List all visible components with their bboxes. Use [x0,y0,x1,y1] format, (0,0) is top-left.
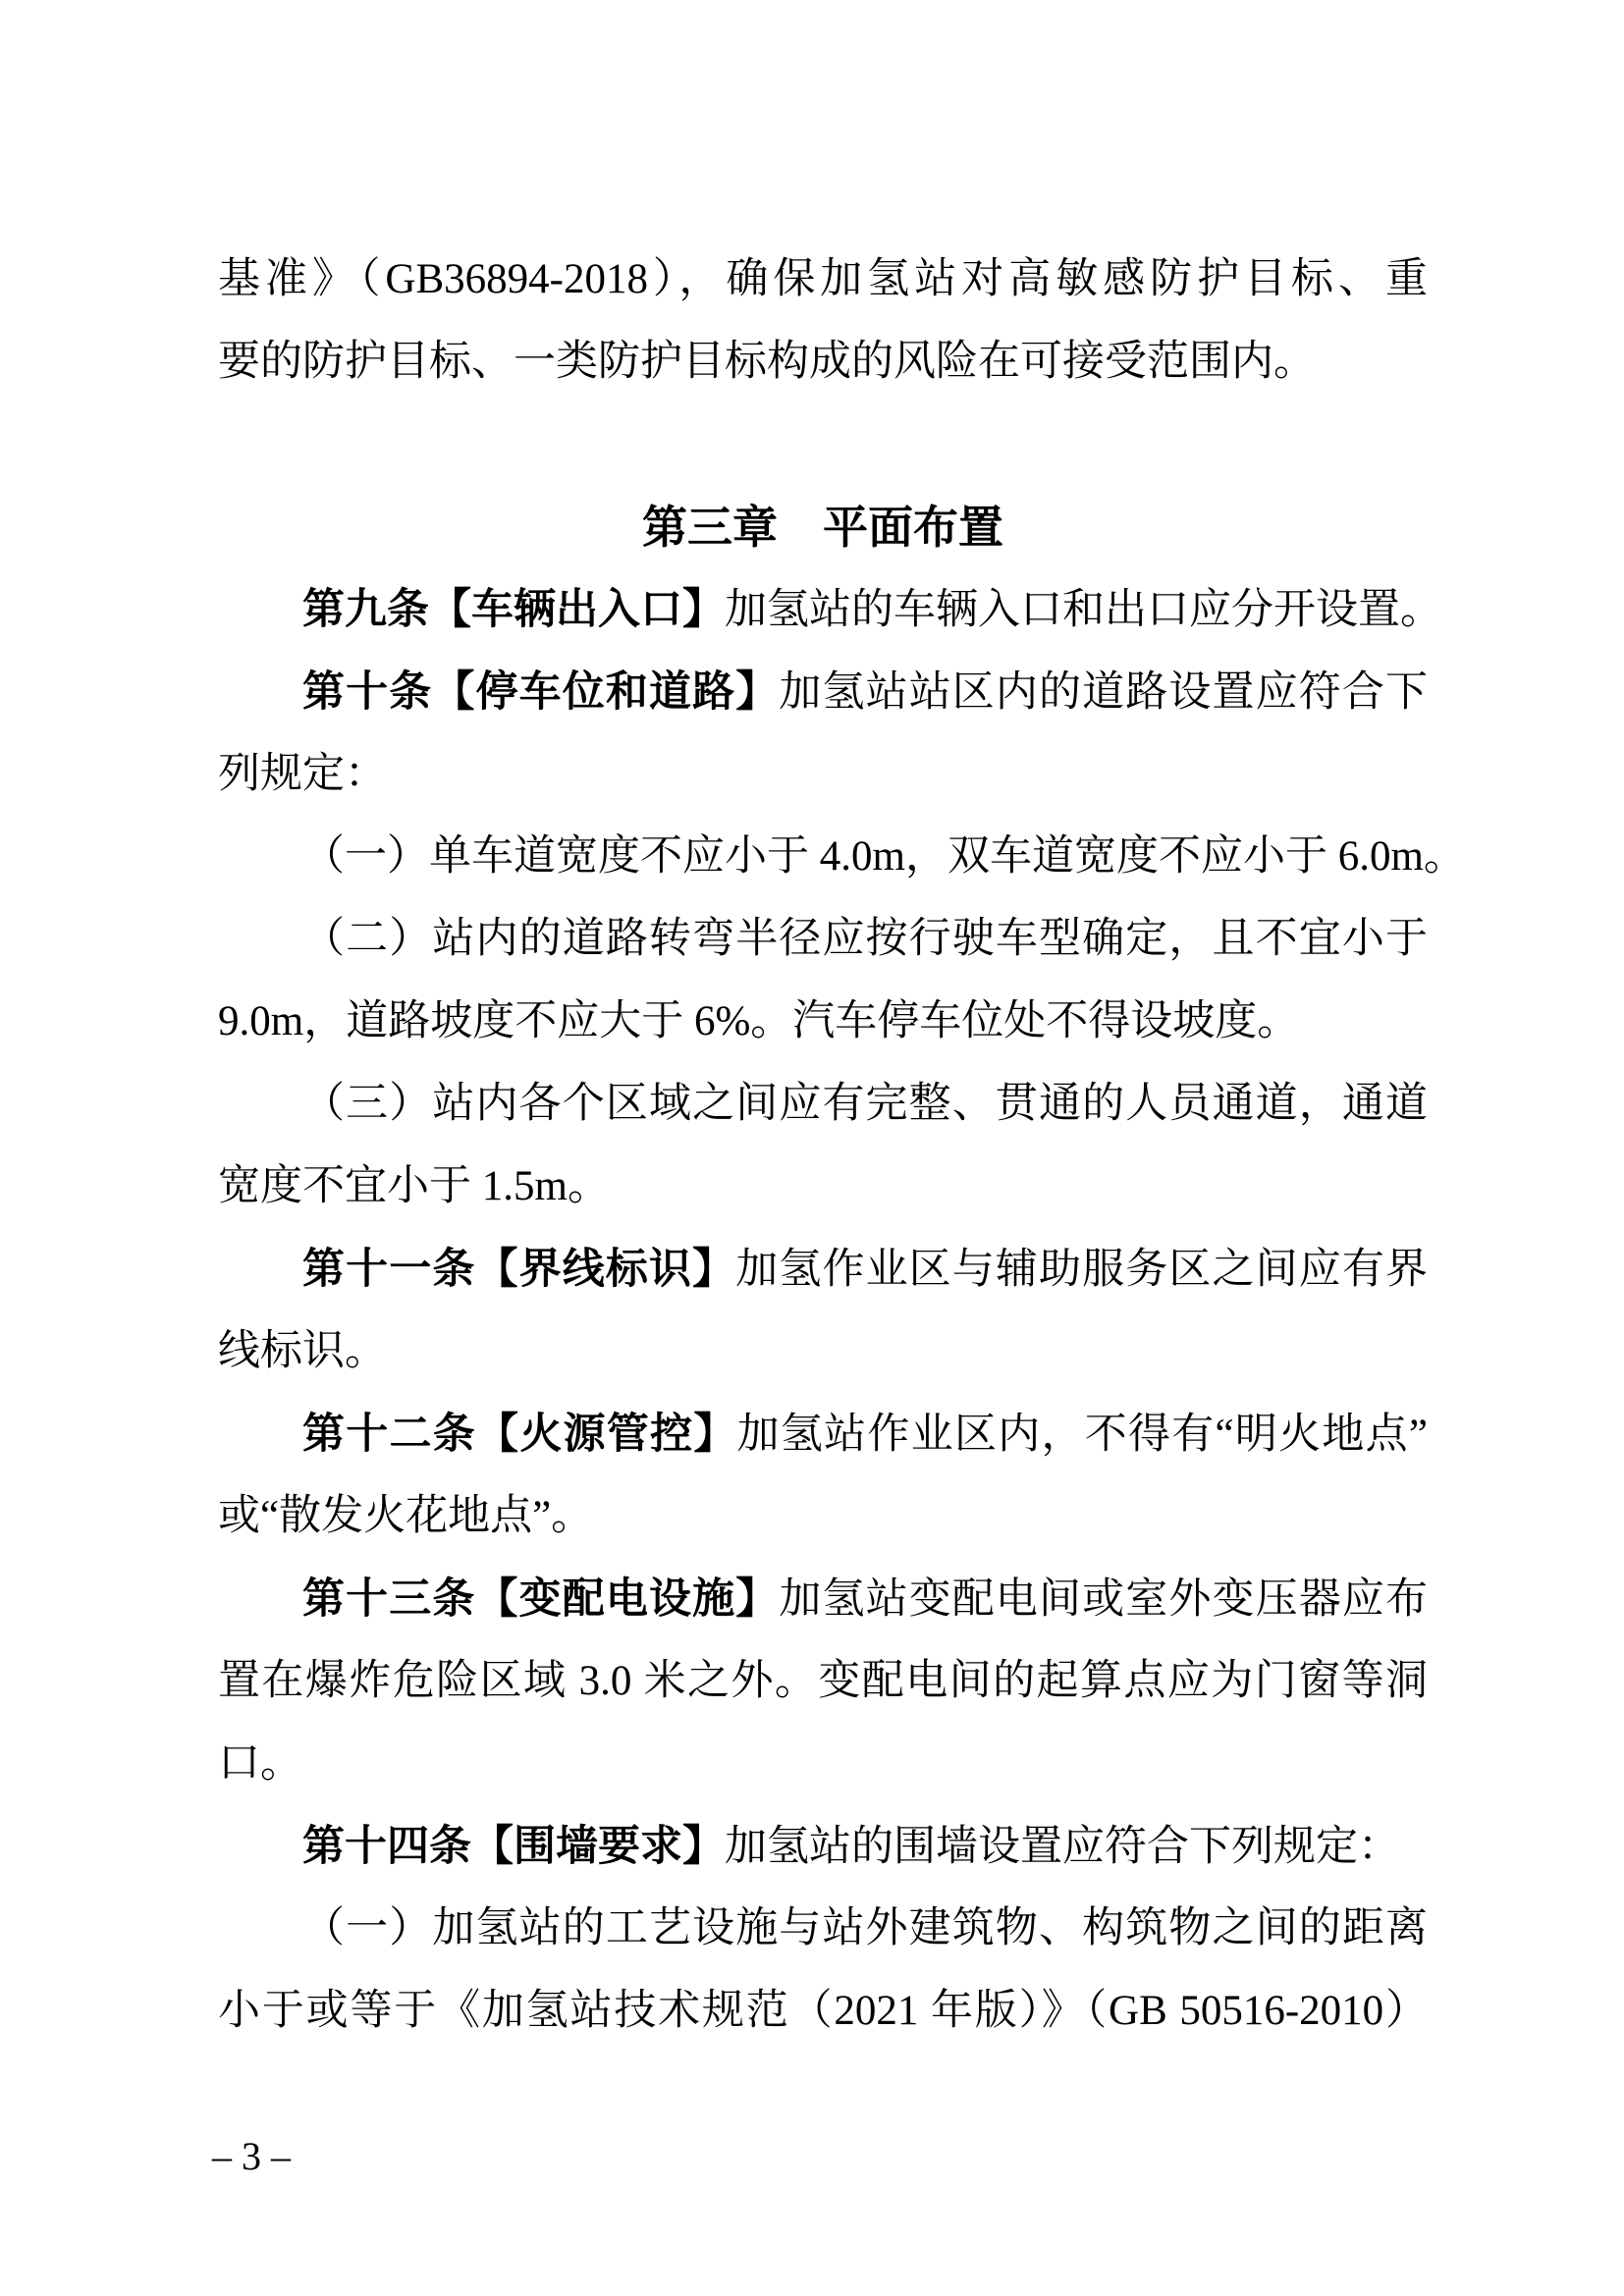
text-line: 列规定： [218,733,1428,816]
line-text: 或“散发火花地点”。 [218,1493,593,1539]
blank-line [218,403,1428,486]
intro-paragraph: 基准》（GB36894-2018），确保加氢站对高敏感防护目标、重要的防护目标、… [218,239,1428,403]
chapter-heading: 第三章 平面布置 [218,486,1428,568]
text-line: （二）站内的道路转弯半径应按行驶车型确定，且不宜小于 [218,898,1428,981]
text-line: 第十三条【变配电设施】加氢站变配电间或室外变压器应布 [218,1558,1428,1640]
line-text: 列规定： [218,751,387,797]
text-line: （一）加氢站的工艺设施与站外建筑物、构筑物之间的距离 [218,1888,1428,1970]
text-line: （一）单车道宽度不应小于 4.0m，双车道宽度不应小于 6.0m。 [218,816,1428,898]
line-text: 要的防护目标、一类防护目标构成的风险在可接受范围内。 [218,339,1316,385]
document-page: 基准》（GB36894-2018），确保加氢站对高敏感防护目标、重要的防护目标、… [0,0,1624,2296]
line-text: 9.0m，道路坡度不应大于 6%。汽车停车位处不得设坡度。 [218,998,1299,1044]
line-text: 线标识。 [218,1328,387,1374]
text-line: 第十二条【火源管控】加氢站作业区内，不得有“明火地点” [218,1393,1428,1475]
text-line: 第十条【停车位和道路】加氢站站区内的道路设置应符合下 [218,651,1428,733]
text-line: 置在爆炸危险区域 3.0 米之外。变配电间的起算点应为门窗等洞 [218,1640,1428,1723]
text-line: 线标识。 [218,1310,1428,1393]
text-line: 宽度不宜小于 1.5m。 [218,1146,1428,1228]
line-text: 小于或等于《加氢站技术规范（2021 年版）》（GB 50516-2010） [218,1988,1428,2034]
text-line: 第十四条【围墙要求】加氢站的围墙设置应符合下列规定： [218,1805,1428,1888]
article-label: 第十三条【变配电设施】 [302,1575,779,1623]
article-label: 第九条【车辆出入口】 [302,586,725,633]
article-label: 第十一条【界线标识】 [302,1246,735,1293]
document-content: 基准》（GB36894-2018），确保加氢站对高敏感防护目标、重要的防护目标、… [218,239,1428,2053]
text-line: 要的防护目标、一类防护目标构成的风险在可接受范围内。 [218,321,1428,403]
line-text: 加氢站作业区内，不得有“明火地点” [737,1412,1428,1458]
page-number: – 3 – [212,2115,291,2198]
text-line: 基准》（GB36894-2018），确保加氢站对高敏感防护目标、重 [218,239,1428,321]
text-line: 口。 [218,1723,1428,1805]
article-label: 第十条【停车位和道路】 [302,668,779,716]
text-line: 小于或等于《加氢站技术规范（2021 年版）》（GB 50516-2010） [218,1970,1428,2053]
line-text: （二）站内的道路转弯半径应按行驶车型确定，且不宜小于 [302,916,1428,962]
line-text: （一）单车道宽度不应小于 4.0m，双车道宽度不应小于 6.0m。 [302,833,1466,880]
line-text: 加氢站的车辆入口和出口应分开设置。 [725,587,1442,633]
line-text: 口。 [218,1740,302,1787]
text-line: 第十一条【界线标识】加氢作业区与辅助服务区之间应有界 [218,1228,1428,1310]
line-text: 加氢站变配电间或室外变压器应布 [779,1576,1428,1623]
body-paragraphs: 第九条【车辆出入口】加氢站的车辆入口和出口应分开设置。第十条【停车位和道路】加氢… [218,568,1428,2053]
text-line: （三）站内各个区域之间应有完整、贯通的人员通道，通道 [218,1063,1428,1146]
text-line: 或“散发火花地点”。 [218,1475,1428,1558]
line-text: 加氢作业区与辅助服务区之间应有界 [735,1247,1428,1293]
article-label: 第十四条【围墙要求】 [302,1823,725,1870]
line-text: 加氢站站区内的道路设置应符合下 [779,669,1428,716]
line-text: （三）站内各个区域之间应有完整、贯通的人员通道，通道 [302,1081,1428,1127]
text-line: 第九条【车辆出入口】加氢站的车辆入口和出口应分开设置。 [218,568,1428,651]
line-text: 宽度不宜小于 1.5m。 [218,1163,610,1209]
article-label: 第十二条【火源管控】 [302,1411,737,1458]
line-text: 基准》（GB36894-2018），确保加氢站对高敏感防护目标、重 [218,256,1428,302]
line-text: （一）加氢站的工艺设施与站外建筑物、构筑物之间的距离 [302,1905,1428,1951]
line-text: 加氢站的围墙设置应符合下列规定： [725,1824,1400,1870]
line-text: 置在爆炸危险区域 3.0 米之外。变配电间的起算点应为门窗等洞 [218,1658,1428,1704]
text-line: 9.0m，道路坡度不应大于 6%。汽车停车位处不得设坡度。 [218,981,1428,1063]
